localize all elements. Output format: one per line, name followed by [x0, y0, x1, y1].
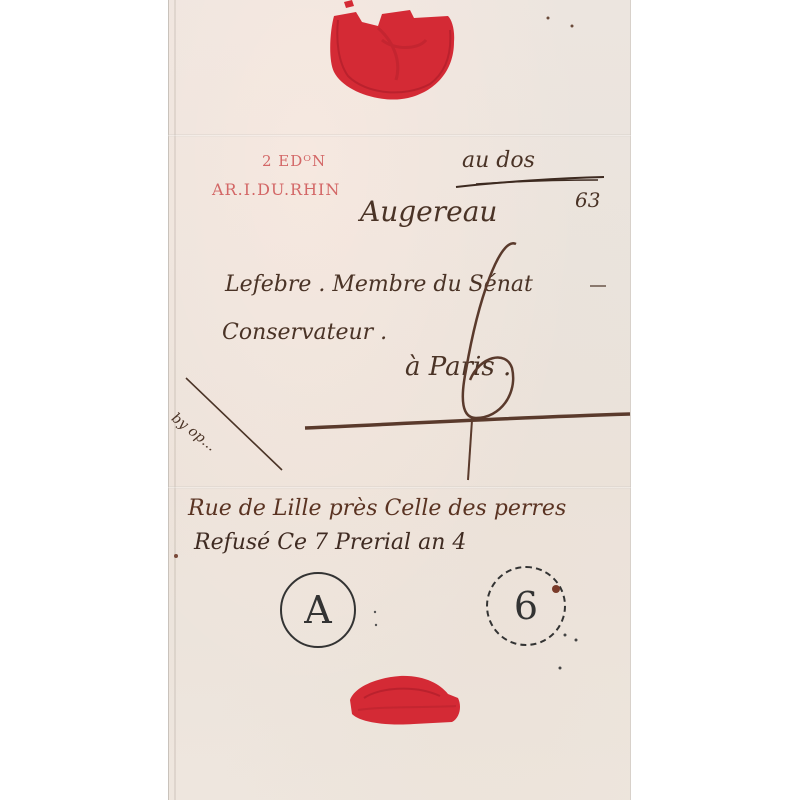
wax-seal-bottom — [344, 670, 469, 730]
stamp-a-label: A — [304, 588, 331, 632]
stamp-circle-a: A — [280, 572, 356, 648]
routing-note: au dos — [462, 148, 535, 173]
left-fold-line — [174, 0, 176, 800]
fold-line-upper — [168, 134, 631, 137]
stamp-6-label: 6 — [514, 584, 538, 628]
fold-line-lower — [168, 486, 631, 489]
address-city: à Paris . — [405, 352, 511, 382]
postmark-line2: AR.I.DU.RHIN — [212, 180, 340, 199]
postmark-line1: 2 EDᴼN — [262, 152, 326, 170]
reference-number: 63 — [575, 188, 600, 212]
bottom-note-line1: Rue de Lille près Celle des perres — [188, 496, 566, 521]
wax-seal-top — [322, 0, 462, 110]
stamp-circle-6: 6 — [486, 566, 566, 646]
recipient-name: Augereau — [360, 195, 497, 228]
address-line1: Lefebre . Membre du Sénat — [225, 272, 533, 297]
address-line2: Conservateur . — [222, 320, 387, 345]
bottom-note-line2: Refusé Ce 7 Prerial an 4 — [194, 530, 466, 555]
